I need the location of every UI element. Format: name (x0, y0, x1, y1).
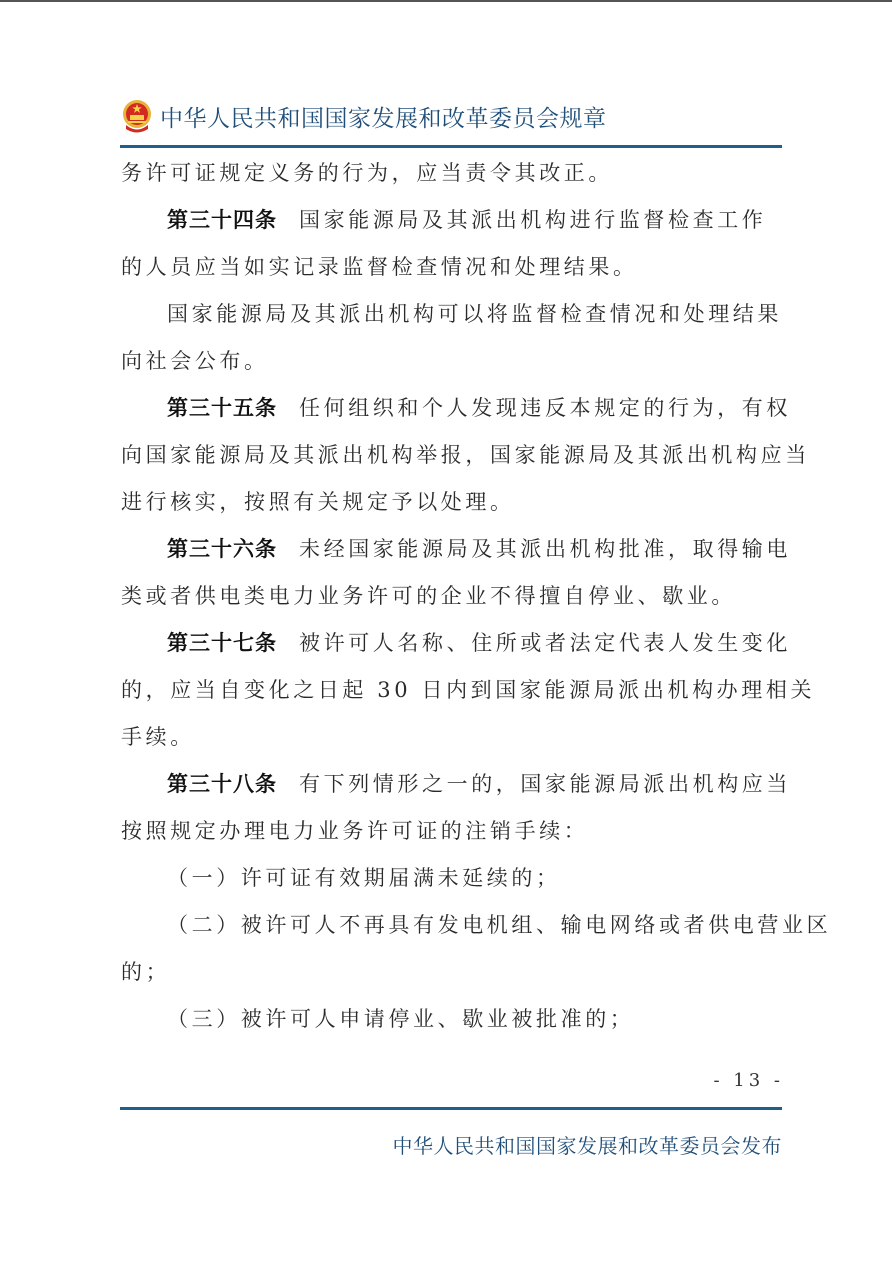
text-line: 类或者供电类电力业务许可的企业不得擅自停业、歇业。 (121, 573, 783, 620)
text-line: 务许可证规定义务的行为，应当责令其改正。 (121, 150, 783, 197)
line-text: 的； (121, 960, 170, 984)
footer-publisher: 中华人民共和国国家发展和改革委员会发布 (393, 1130, 783, 1159)
line-text: 向国家能源局及其派出机构举报，国家能源局及其派出机构应当 (121, 443, 810, 467)
line-text: 任何组织和个人发现违反本规定的行为，有权 (299, 396, 791, 420)
line-text: 的，应当自变化之日起 30 日内到国家能源局派出机构办理相关 (121, 678, 815, 702)
text-line: 的，应当自变化之日起 30 日内到国家能源局派出机构办理相关 (121, 667, 783, 714)
text-line: 手续。 (121, 714, 783, 761)
text-line: 按照规定办理电力业务许可证的注销手续： (121, 808, 783, 855)
article-label: 第三十七条 (167, 631, 277, 655)
text-line: （三）被许可人申请停业、歇业被批准的； (121, 996, 783, 1043)
line-text: 类或者供电类电力业务许可的企业不得擅自停业、歇业。 (121, 584, 736, 608)
line-text: 被许可人名称、住所或者法定代表人发生变化 (299, 631, 791, 655)
line-text: 未经国家能源局及其派出机构批准，取得输电 (299, 537, 791, 561)
line-text: 按照规定办理电力业务许可证的注销手续： (121, 819, 588, 843)
national-emblem-icon (120, 98, 154, 134)
header-title: 中华人民共和国国家发展和改革委员会规章 (160, 100, 607, 133)
line-text: 国家能源局及其派出机构进行监督检查工作 (299, 208, 766, 232)
article-line: 第三十六条未经国家能源局及其派出机构批准，取得输电 (121, 526, 783, 573)
line-text: 的人员应当如实记录监督检查情况和处理结果。 (121, 255, 638, 279)
header-divider (120, 145, 782, 148)
page-top-border (0, 0, 892, 2)
footer-divider (120, 1107, 782, 1110)
line-text: 进行核实，按照有关规定予以处理。 (121, 490, 515, 514)
article-line: 第三十八条有下列情形之一的，国家能源局派出机构应当 (121, 761, 783, 808)
document-body: 务许可证规定义务的行为，应当责令其改正。第三十四条国家能源局及其派出机构进行监督… (121, 150, 783, 1043)
text-line: 进行核实，按照有关规定予以处理。 (121, 479, 783, 526)
text-line: 向社会公布。 (121, 338, 783, 385)
article-label: 第三十六条 (167, 537, 277, 561)
article-line: 第三十四条国家能源局及其派出机构进行监督检查工作 (121, 197, 783, 244)
article-label: 第三十八条 (167, 772, 277, 796)
text-line: 的人员应当如实记录监督检查情况和处理结果。 (121, 244, 783, 291)
text-line: 的； (121, 949, 783, 996)
line-text: （一）许可证有效期届满未延续的； (167, 866, 561, 890)
article-line: 第三十五条任何组织和个人发现违反本规定的行为，有权 (121, 385, 783, 432)
text-line: （二）被许可人不再具有发电机组、输电网络或者供电营业区 (121, 902, 783, 949)
article-label: 第三十四条 (167, 208, 277, 232)
line-text: （三）被许可人申请停业、歇业被批准的； (167, 1007, 634, 1031)
page-header: 中华人民共和国国家发展和改革委员会规章 (120, 96, 607, 136)
text-line: （一）许可证有效期届满未延续的； (121, 855, 783, 902)
line-text: 务许可证规定义务的行为，应当责令其改正。 (121, 161, 613, 185)
line-text: （二）被许可人不再具有发电机组、输电网络或者供电营业区 (167, 913, 831, 937)
article-line: 第三十七条被许可人名称、住所或者法定代表人发生变化 (121, 620, 783, 667)
text-line: 向国家能源局及其派出机构举报，国家能源局及其派出机构应当 (121, 432, 783, 479)
article-label: 第三十五条 (167, 396, 277, 420)
line-text: 手续。 (121, 725, 195, 749)
line-text: 向社会公布。 (121, 349, 269, 373)
line-text: 有下列情形之一的，国家能源局派出机构应当 (299, 772, 791, 796)
line-text: 国家能源局及其派出机构可以将监督检查情况和处理结果 (167, 302, 782, 326)
text-line: 国家能源局及其派出机构可以将监督检查情况和处理结果 (121, 291, 783, 338)
page-number: - 13 - (713, 1070, 784, 1091)
